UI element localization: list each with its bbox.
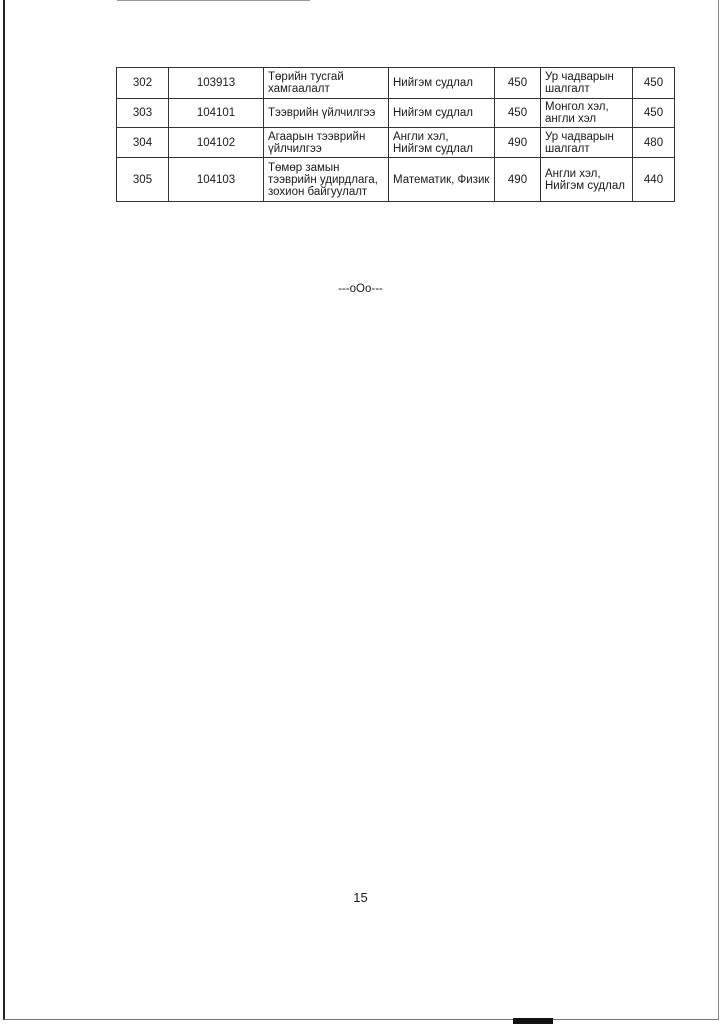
min-score-2: 450 bbox=[633, 99, 675, 128]
scan-mark bbox=[513, 1018, 553, 1024]
table-row: 302 103913 Төрийн тусгай хамгаалалт Нийг… bbox=[117, 68, 675, 99]
admission-table: 302 103913 Төрийн тусгай хамгаалалт Нийг… bbox=[116, 67, 675, 202]
min-score-1: 490 bbox=[495, 128, 541, 158]
min-score-1: 490 bbox=[495, 158, 541, 202]
program-code: 103913 bbox=[169, 68, 264, 99]
exam-subject-2: Ур чадварын шалгалт bbox=[541, 68, 633, 99]
exam-subject-1: Нийгэм судлал bbox=[389, 99, 495, 128]
row-number: 305 bbox=[117, 158, 169, 202]
min-score-1: 450 bbox=[495, 68, 541, 99]
min-score-2: 450 bbox=[633, 68, 675, 99]
page-number: 15 bbox=[0, 890, 721, 905]
program-code: 104103 bbox=[169, 158, 264, 202]
program-name: Агаарын тээврийн үйлчилгээ bbox=[264, 128, 389, 158]
row-number: 302 bbox=[117, 68, 169, 99]
row-number: 304 bbox=[117, 128, 169, 158]
program-code: 104102 bbox=[169, 128, 264, 158]
program-code: 104101 bbox=[169, 99, 264, 128]
table-row: 303 104101 Тээврийн үйлчилгээ Нийгэм суд… bbox=[117, 99, 675, 128]
exam-subject-1: Математик, Физик bbox=[389, 158, 495, 202]
exam-subject-1: Англи хэл, Нийгэм судлал bbox=[389, 128, 495, 158]
min-score-2: 440 bbox=[633, 158, 675, 202]
table-row: 304 104102 Агаарын тээврийн үйлчилгээ Ан… bbox=[117, 128, 675, 158]
table-row: 305 104103 Төмөр замын тээврийн удирдлаг… bbox=[117, 158, 675, 202]
exam-subject-1: Нийгэм судлал bbox=[389, 68, 495, 99]
program-name: Тээврийн үйлчилгээ bbox=[264, 99, 389, 128]
scan-edge-line bbox=[117, 0, 310, 1]
exam-subject-2: Ур чадварын шалгалт bbox=[541, 128, 633, 158]
section-separator: ---oOo--- bbox=[0, 283, 721, 295]
exam-subject-2: Англи хэл, Нийгэм судлал bbox=[541, 158, 633, 202]
program-name: Төмөр замын тээврийн удирдлага, зохион б… bbox=[264, 158, 389, 202]
min-score-1: 450 bbox=[495, 99, 541, 128]
exam-subject-2: Монгол хэл, англи хэл bbox=[541, 99, 633, 128]
row-number: 303 bbox=[117, 99, 169, 128]
min-score-2: 480 bbox=[633, 128, 675, 158]
program-name: Төрийн тусгай хамгаалалт bbox=[264, 68, 389, 99]
